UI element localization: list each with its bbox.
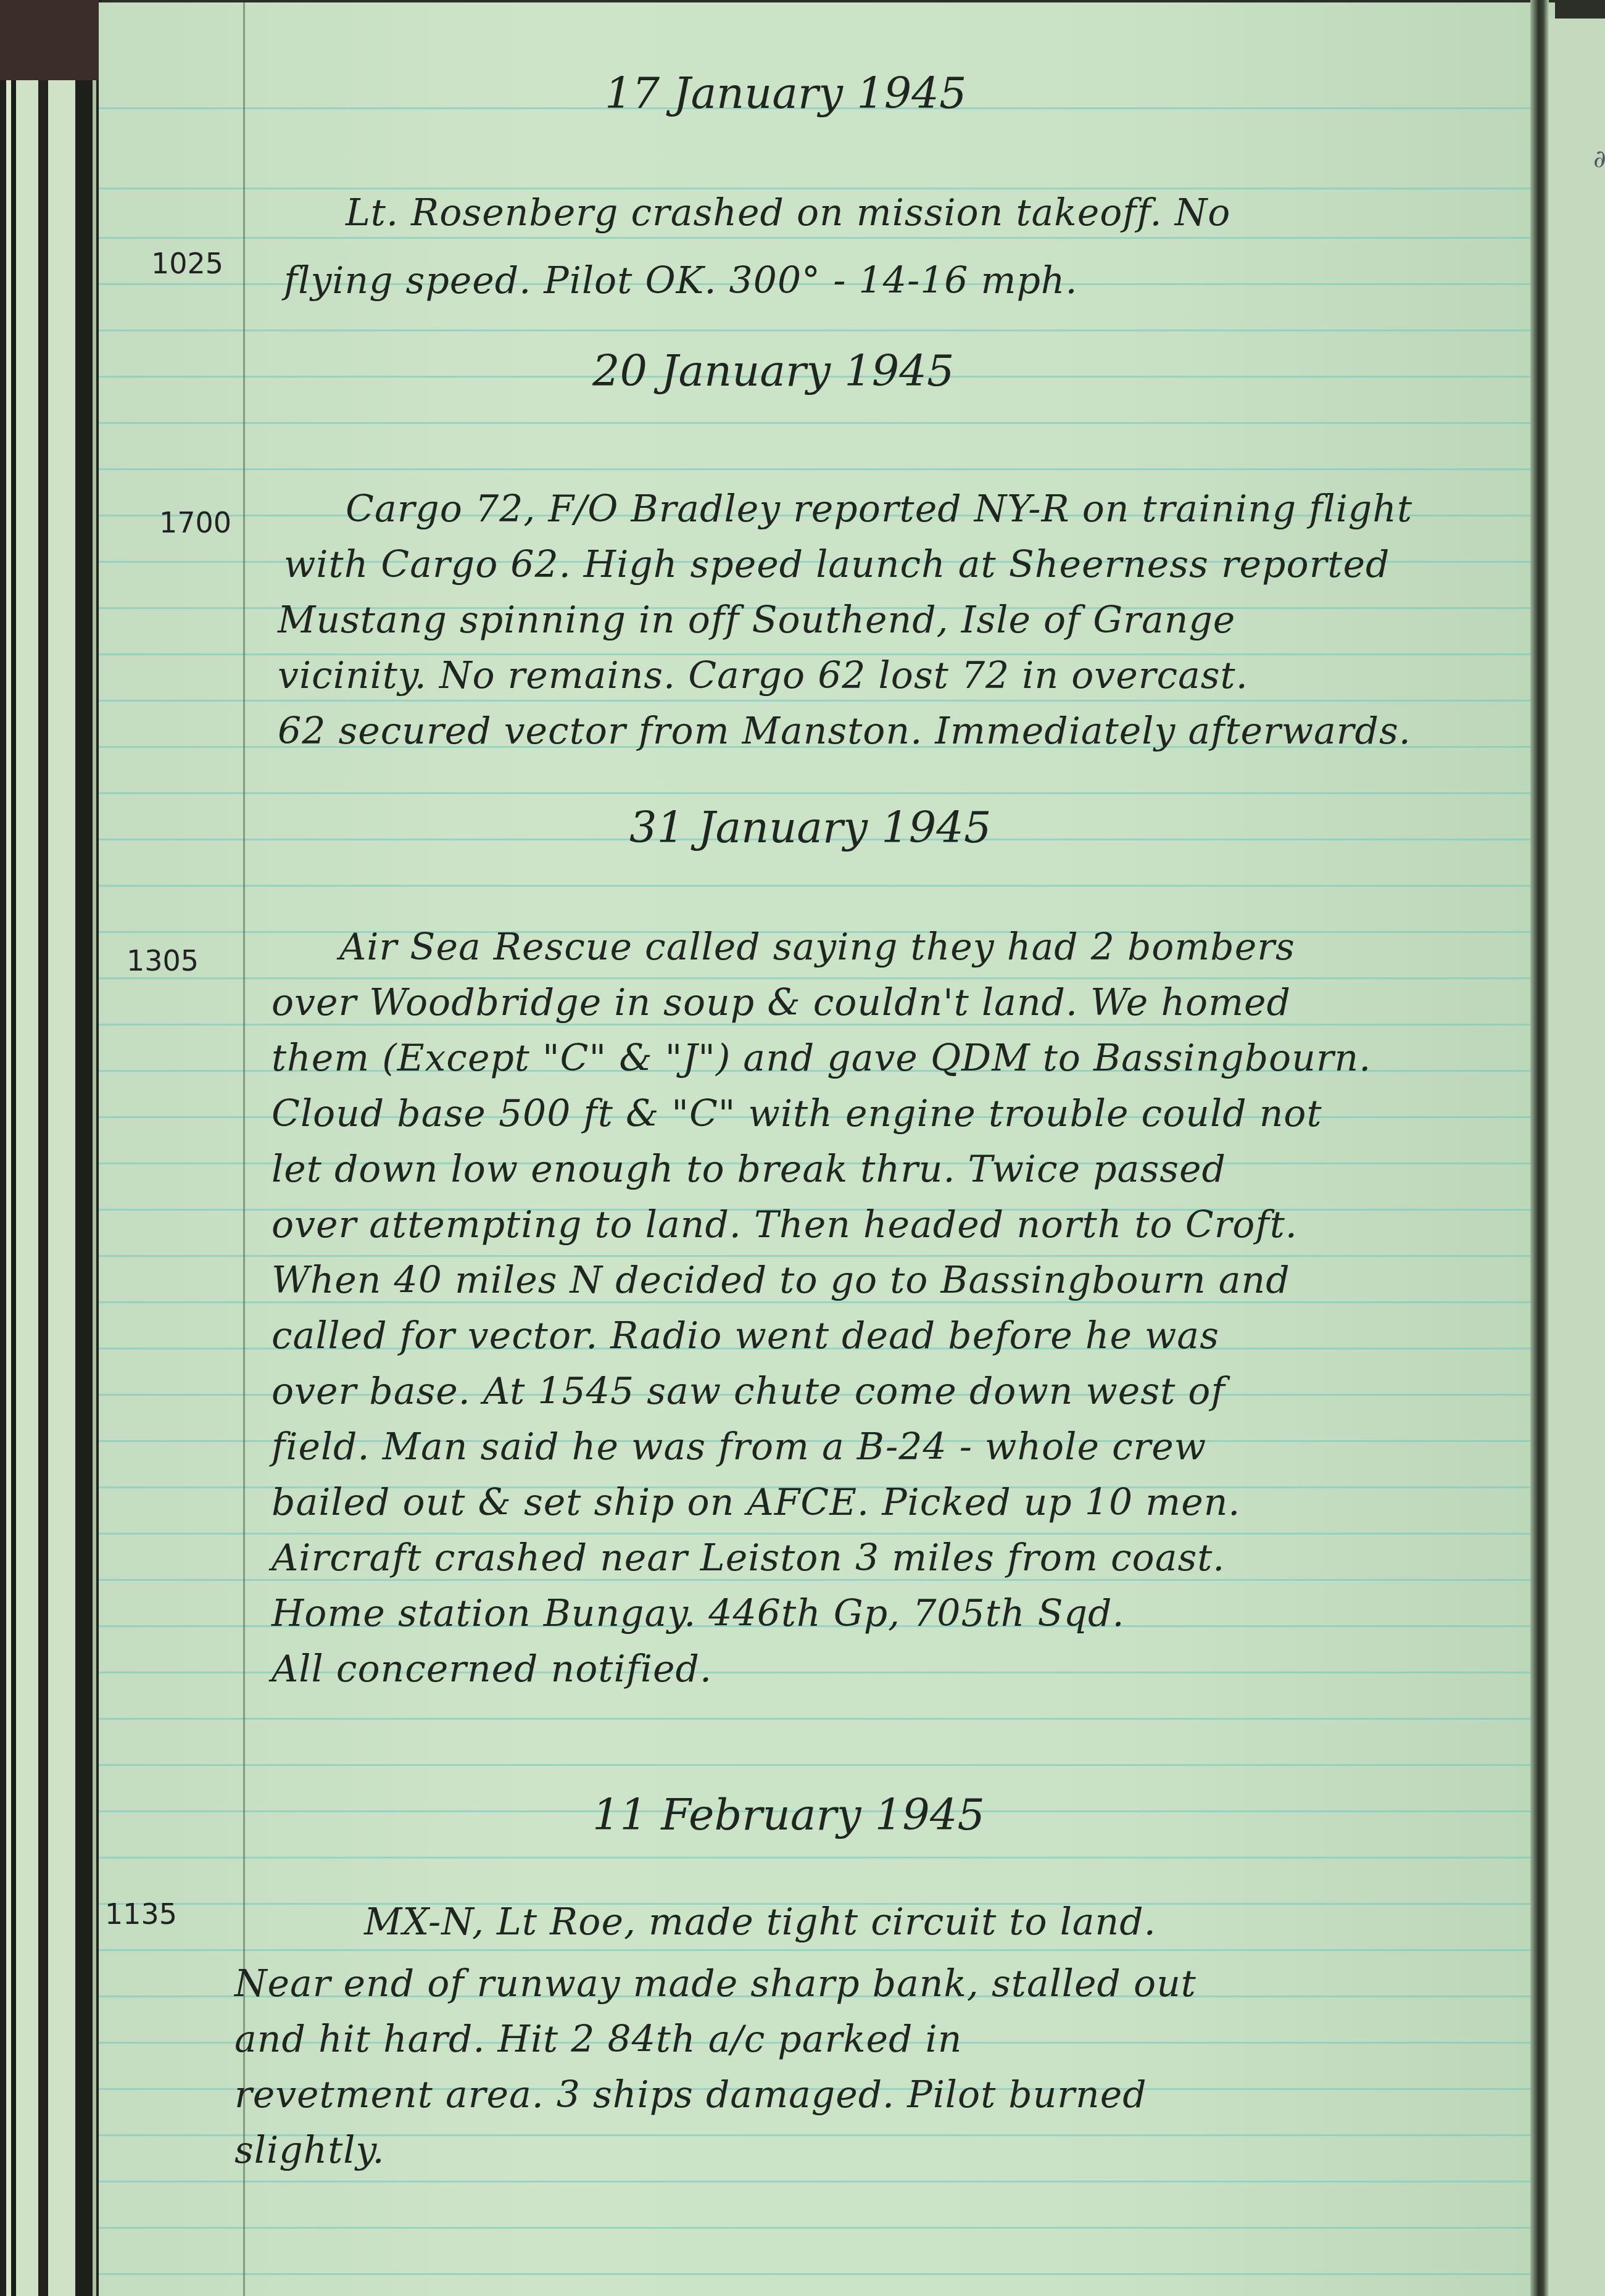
ruled-line: [99, 329, 1555, 331]
entry-line: revetment area. 3 ships damaged. Pilot b…: [234, 2073, 1147, 2116]
entry-line: Lt. Rosenberg crashed on mission takeoff…: [346, 191, 1230, 234]
entry-line: Cargo 72, F/O Bradley reported NY-R on t…: [346, 487, 1412, 531]
entry-line: and hit hard. Hit 2 84th a/c parked in: [234, 2018, 962, 2061]
entry-line: Near end of runway made sharp bank, stal…: [234, 1962, 1196, 2005]
entry-line: Mustang spinning in off Southend, Isle o…: [278, 599, 1235, 642]
entry-line: When 40 miles N decided to go to Bassing…: [272, 1259, 1290, 1302]
entry-line: flying speed. Pilot OK. 300° - 14-16 mph…: [284, 259, 1078, 302]
entry-line: let down low enough to break thru. Twice…: [272, 1148, 1226, 1191]
entry-date: 20 January 1945: [592, 346, 954, 396]
entry-line: over base. At 1545 saw chute come down w…: [272, 1370, 1226, 1413]
background-object: [0, 0, 99, 80]
book-gutter: [1530, 0, 1549, 2296]
entry-line: Air Sea Rescue called saying they had 2 …: [339, 926, 1295, 969]
ruled-line: [99, 1949, 1555, 1951]
entry-line: with Cargo 62. High speed launch at Shee…: [284, 543, 1390, 586]
ruled-line: [99, 885, 1555, 887]
entry-line: bailed out & set ship on AFCE. Picked up…: [272, 1481, 1240, 1524]
ruled-line: [99, 422, 1555, 424]
entry-line: Home station Bungay. 446th Gp, 705th Sqd…: [272, 1592, 1125, 1635]
ruled-line: [99, 1764, 1555, 1766]
entry-date: 31 January 1945: [629, 802, 991, 853]
ruled-line: [99, 2227, 1555, 2229]
ruled-line: [99, 188, 1555, 189]
facing-page-mark: ∂: [1593, 145, 1605, 173]
entry-line: vicinity. No remains. Cargo 62 lost 72 i…: [278, 654, 1248, 697]
entry-line: Cloud base 500 ft & "C" with engine trou…: [272, 1092, 1322, 1135]
entry-line: over Woodbridge in soup & couldn't land.…: [272, 981, 1291, 1024]
ruled-line: [99, 2181, 1555, 2182]
entry-line: All concerned notified.: [272, 1647, 712, 1691]
entry-line: MX-N, Lt Roe, made tight circuit to land…: [364, 1900, 1156, 1944]
entry-date: 17 January 1945: [605, 68, 966, 118]
entry-line: slightly.: [234, 2129, 385, 2172]
entry-line: called for vector. Radio went dead befor…: [272, 1314, 1219, 1357]
ruled-line: [99, 700, 1555, 702]
book-binding-edges: [0, 0, 102, 2296]
entry-line: over attempting to land. Then headed nor…: [272, 1203, 1298, 1246]
ruled-line: [99, 2273, 1555, 2275]
ruled-line: [99, 1718, 1555, 1720]
ruled-line: [99, 977, 1555, 979]
entry-time: 1025: [151, 247, 223, 280]
ruled-line: [99, 1533, 1555, 1535]
entry-line: field. Man said he was from a B-24 - who…: [272, 1425, 1206, 1469]
ruled-line: [99, 237, 1555, 239]
margin-rule: [243, 2, 245, 2296]
ruled-line: [99, 468, 1555, 470]
entry-line: Aircraft crashed near Leiston 3 miles fr…: [272, 1536, 1225, 1580]
entry-date: 11 February 1945: [592, 1789, 985, 1840]
ruled-line: [99, 1255, 1555, 1257]
entry-time: 1305: [126, 944, 199, 977]
entry-line: them (Except "C" & "J") and gave QDM to …: [272, 1037, 1371, 1080]
facing-page-edge: [1549, 19, 1605, 2296]
entry-time: 1135: [105, 1897, 177, 1931]
entry-time: 1700: [159, 506, 231, 539]
ruled-line: [99, 1857, 1555, 1859]
entry-line: 62 secured vector from Manston. Immediat…: [278, 710, 1411, 753]
ruled-line: [99, 792, 1555, 794]
